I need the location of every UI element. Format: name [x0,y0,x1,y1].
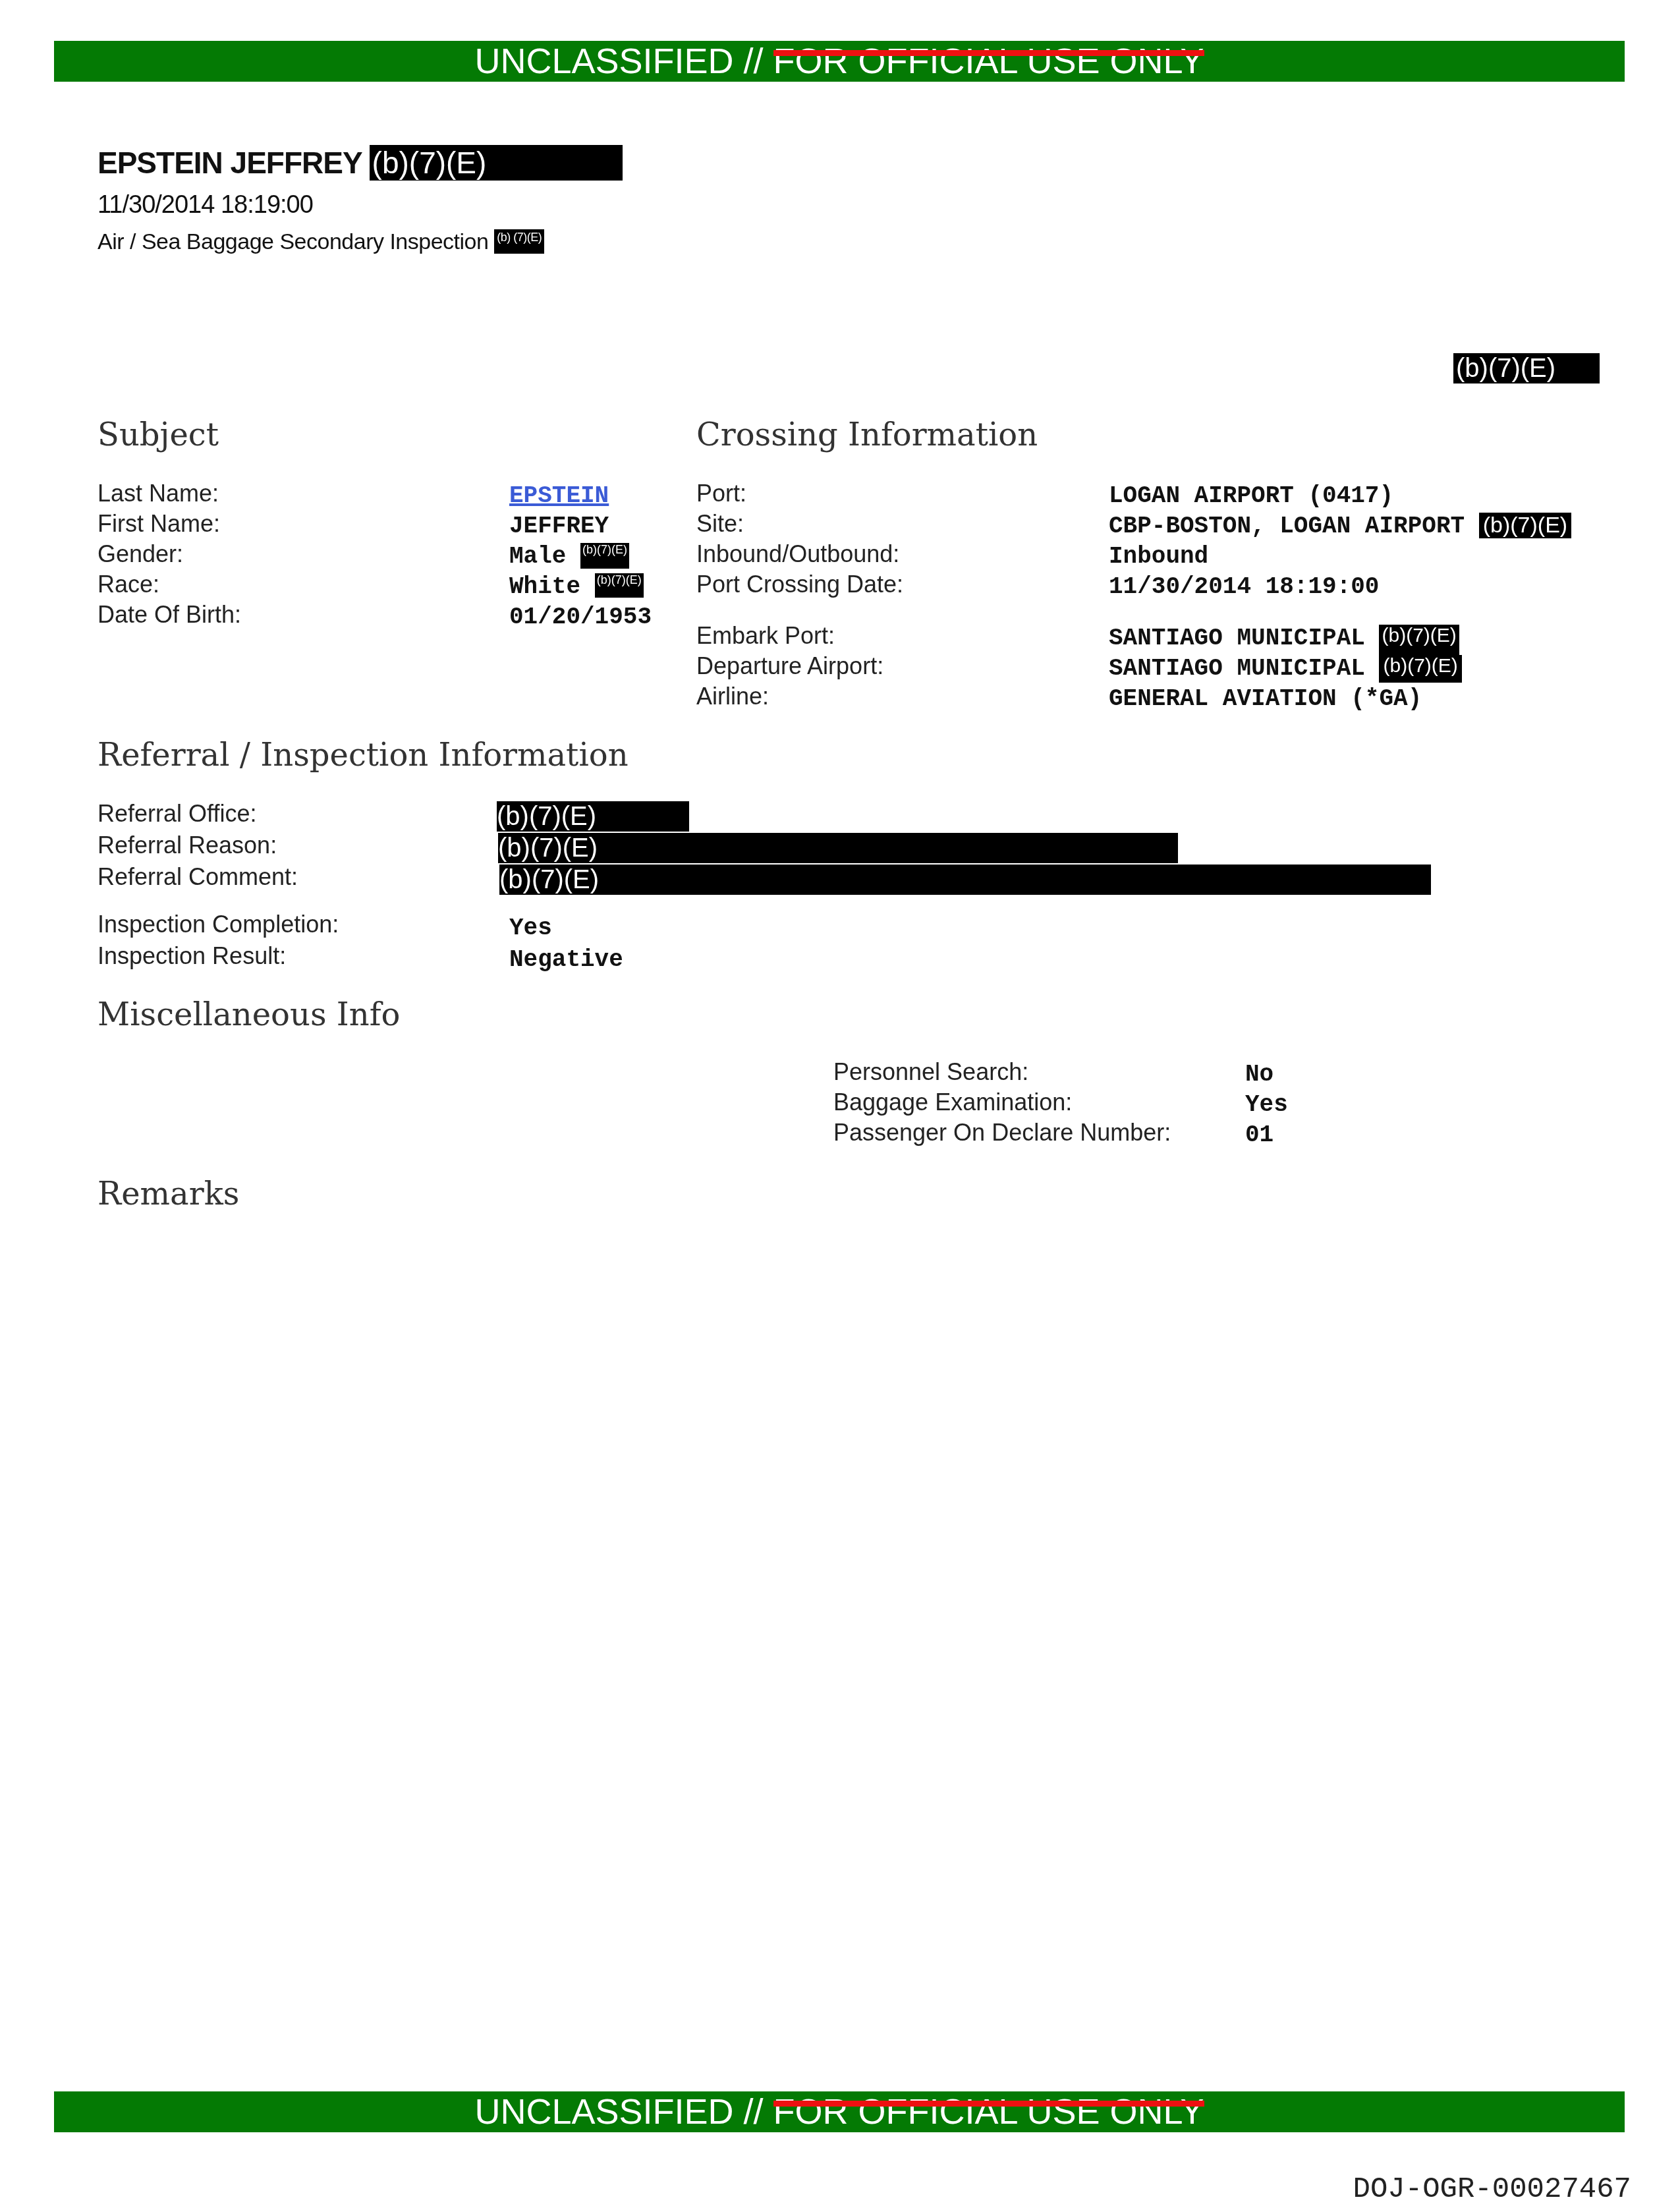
misc-labels: Personnel Search: Baggage Examination: P… [833,1058,1171,1149]
field-label: First Name: [98,510,241,540]
redaction-box: (b)(7)(E) [1379,625,1459,655]
redaction-box: (b)(7)(E) [370,145,623,181]
race-value: White [509,573,580,600]
field-label: Race: [98,571,241,601]
classification-label: UNCLASSIFIED // [474,42,763,81]
baggage-exam-value: Yes [1245,1091,1288,1121]
field-label: Referral Reason: [98,832,339,863]
declare-number-value: 01 [1245,1121,1288,1152]
port-value: LOGAN AIRPORT (0417) [1109,482,1571,513]
redaction-box: (b)(7)(E) [1453,353,1600,383]
field-label: Airline: [696,683,903,713]
crossing-date-value: 11/30/2014 18:19:00 [1109,573,1571,604]
classification-banner-top: UNCLASSIFIED // FOR OFFICIAL USE ONLY [54,41,1625,82]
field-label: Baggage Examination: [833,1089,1171,1119]
field-label: Embark Port: [696,622,903,652]
inspection-completion-value: Yes [509,915,623,946]
redaction-box-referral-reason: (b)(7)(E) [498,833,1178,863]
airline-value: GENERAL AVIATION (*GA) [1109,685,1571,716]
inspection-type-label: Air / Sea Baggage Secondary Inspection [98,229,488,254]
field-label: Referral Comment: [98,863,339,895]
field-label: Gender: [98,540,241,571]
subject-labels: Last Name: First Name: Gender: Race: Dat… [98,480,241,631]
subject-name: EPSTEIN JEFFREY [98,146,362,180]
redaction-box: (b)(7)(E) [1379,655,1461,683]
redaction-box-referral-comment: (b)(7)(E) [499,865,1431,895]
last-name-link[interactable]: EPSTEIN [509,482,609,509]
inspection-type: Air / Sea Baggage Secondary Inspection (… [98,229,544,255]
record-title: EPSTEIN JEFFREY (b)(7)(E) [98,145,623,181]
misc-values: No Yes 01 [1245,1061,1288,1152]
record-datetime: 11/30/2014 18:19:00 [98,191,313,219]
field-label: Inspection Result: [98,942,339,974]
field-label: Departure Airport: [696,652,903,683]
field-label: Port: [696,480,903,510]
personnel-search-value: No [1245,1061,1288,1091]
referral-labels: Referral Office: Referral Reason: Referr… [98,800,339,974]
field-label: Site: [696,510,903,540]
crossing-values: LOGAN AIRPORT (0417) CBP-BOSTON, LOGAN A… [1109,482,1571,716]
field-label: Last Name: [98,480,241,510]
section-heading-misc: Miscellaneous Info [98,996,400,1033]
bates-number: DOJ-OGR-00027467 [1353,2173,1631,2206]
redaction-box: (b)(7)(E) [1479,513,1571,538]
embark-port-value: SANTIAGO MUNICIPAL [1109,625,1365,652]
field-label: Inbound/Outbound: [696,540,903,571]
direction-value: Inbound [1109,543,1571,573]
redaction-box: (b) (7)(E) [494,229,544,254]
classification-banner-bottom: UNCLASSIFIED // FOR OFFICIAL USE ONLY [54,2091,1625,2132]
crossing-labels: Port: Site: Inbound/Outbound: Port Cross… [696,480,903,713]
struck-caveat: FOR OFFICIAL USE ONLY [773,2091,1204,2132]
redaction-box: (b)(7)(E) [595,573,644,598]
inspection-values: Yes Negative [509,915,623,978]
subject-values: EPSTEIN JEFFREY Male (b)(7)(E) White (b)… [509,482,652,634]
field-label: Inspection Completion: [98,911,339,942]
redaction-box: (b)(7)(E) [580,543,629,569]
struck-caveat: FOR OFFICIAL USE ONLY [773,41,1204,82]
field-label: Port Crossing Date: [696,571,903,601]
field-label: Referral Office: [98,800,339,832]
classification-label: UNCLASSIFIED // [474,2092,763,2132]
section-heading-subject: Subject [98,416,219,453]
field-label: Date Of Birth: [98,601,241,631]
gender-value: Male [509,543,566,570]
section-heading-remarks: Remarks [98,1176,239,1212]
field-label: Personnel Search: [833,1058,1171,1089]
site-value: CBP-BOSTON, LOGAN AIRPORT [1109,513,1465,540]
inspection-result-value: Negative [509,946,623,978]
redaction-box-referral-office: (b)(7)(E) [497,801,689,832]
first-name-value: JEFFREY [509,513,652,543]
field-label: Passenger On Declare Number: [833,1119,1171,1149]
section-heading-referral: Referral / Inspection Information [98,737,629,774]
dob-value: 01/20/1953 [509,604,652,634]
section-heading-crossing: Crossing Information [696,416,1038,453]
departure-airport-value: SANTIAGO MUNICIPAL [1109,655,1365,682]
